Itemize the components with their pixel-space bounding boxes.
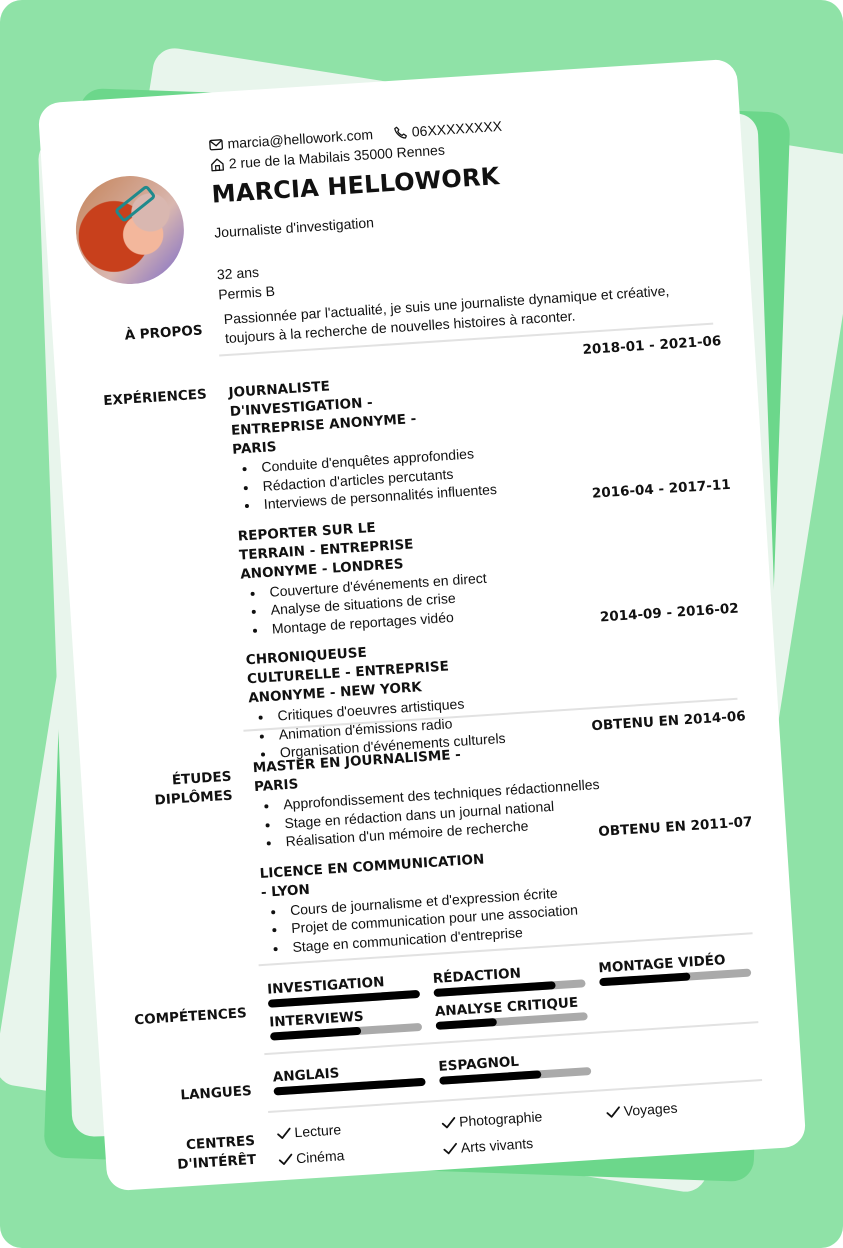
interest-item: Voyages	[605, 1094, 771, 1121]
interest-label: Lecture	[294, 1121, 342, 1140]
background-frame: marcia@hellowork.com 06XXXXXXXX 2 rue de…	[0, 0, 843, 1248]
interest-item: Arts vivants	[442, 1130, 608, 1157]
languages-grid: ANGLAISESPAGNOL	[272, 1037, 768, 1096]
interest-label: Photographie	[459, 1108, 543, 1129]
mail-icon	[208, 136, 224, 152]
experience-date: 2018-01 - 2021-06	[582, 332, 722, 360]
phone-icon	[392, 124, 408, 140]
section-label-experiences: EXPÉRIENCES	[56, 385, 207, 414]
check-icon	[605, 1105, 621, 1119]
resume-page: marcia@hellowork.com 06XXXXXXXX 2 rue de…	[38, 59, 807, 1192]
skill-item: MONTAGE VIDÉO	[598, 949, 759, 986]
avatar	[73, 173, 188, 288]
interest-label: Voyages	[623, 1100, 678, 1119]
job-title: Journaliste d'investigation	[214, 214, 375, 240]
personal-info: 32 ans Permis B	[216, 261, 275, 305]
check-icon	[442, 1141, 458, 1155]
check-icon	[276, 1126, 292, 1140]
interest-item: Cinéma	[278, 1141, 444, 1168]
section-label-interests: CENTRES D'INTÉRÊT	[105, 1132, 257, 1180]
skill-item: INTERVIEWS	[269, 1003, 430, 1040]
interest-label: Cinéma	[296, 1147, 345, 1166]
interest-item: Lecture	[276, 1115, 442, 1142]
section-label-skills: COMPÉTENCES	[96, 1004, 247, 1033]
section-label-education: ÉTUDES DIPLÔMES	[81, 768, 233, 816]
interest-label: Arts vivants	[460, 1135, 533, 1156]
section-label-about: À PROPOS	[52, 322, 203, 351]
section-label-languages: LANGUES	[101, 1082, 252, 1111]
skill-item: RÉDACTION	[432, 960, 593, 997]
language-item: ESPAGNOL	[438, 1048, 599, 1085]
home-icon	[209, 156, 225, 172]
education-entry: LICENCE EN COMMUNICATION - LYON OBTENU E…	[259, 833, 759, 958]
skill-item: INVESTIGATION	[267, 970, 428, 1007]
check-icon	[441, 1115, 457, 1129]
interest-item: Photographie	[441, 1104, 607, 1131]
language-item: ANGLAIS	[272, 1058, 433, 1095]
education-list: MASTER EN JOURNALISME - PARIS OBTENU EN …	[252, 727, 759, 958]
skill-item: ANALYSE CRITIQUE	[434, 993, 595, 1030]
driving-license: Permis B	[218, 281, 276, 305]
check-icon	[278, 1152, 294, 1166]
